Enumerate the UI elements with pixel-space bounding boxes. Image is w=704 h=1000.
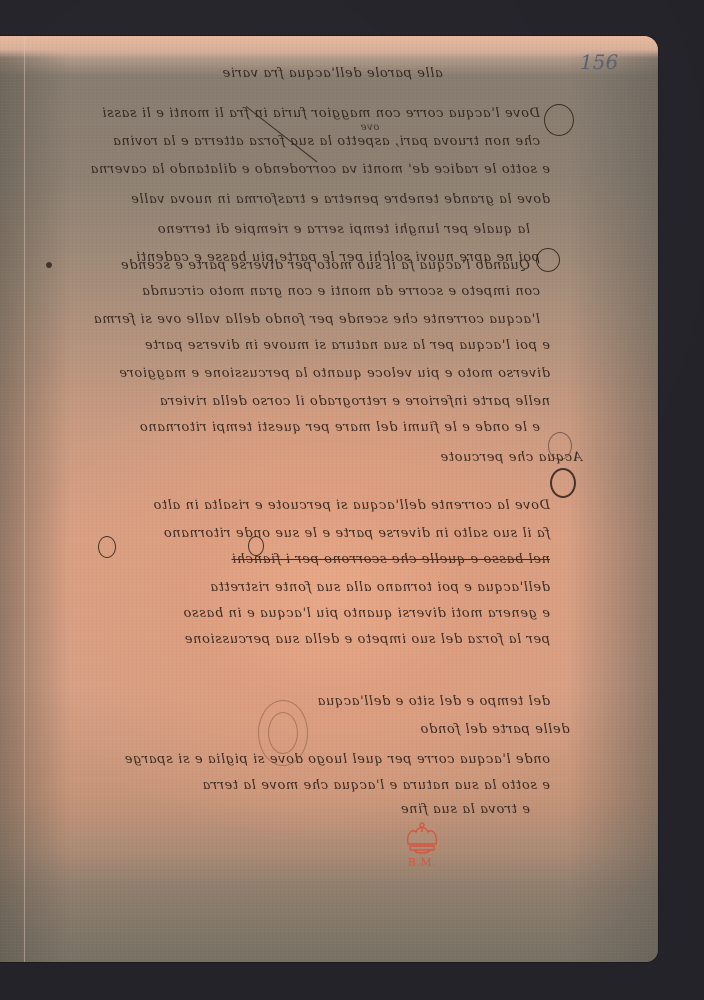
text-line: Acqua che percuote bbox=[440, 450, 582, 465]
inline-circle bbox=[98, 536, 116, 558]
text-line: e sotto la sua natura e l'acqua che move… bbox=[130, 778, 550, 793]
text-line: fa il suo salto in diverse parte e le su… bbox=[40, 526, 550, 541]
text-line: nel basso e quelle che scorrono per i fi… bbox=[40, 552, 550, 567]
folio-number: 156 bbox=[580, 50, 618, 74]
manuscript-page: 156 alle parole dell'acqua fra varie Dov… bbox=[0, 36, 658, 962]
text-line: e le onde e le fiumi del mare per questi… bbox=[40, 420, 540, 435]
crown-icon bbox=[402, 820, 442, 856]
text-line: che non truova pari, aspetto la sua forz… bbox=[80, 134, 540, 149]
faint-lens-sketch bbox=[258, 700, 308, 766]
text-line: nelle parte inferiore e retrogrado il co… bbox=[40, 394, 550, 409]
text-line: Dove la corrente dell'acqua si percuote … bbox=[130, 498, 550, 513]
text-line: Dove l'acqua corre con maggior furia in … bbox=[100, 106, 540, 121]
text-line: l'acqua corrente che scende per fondo de… bbox=[40, 312, 540, 327]
text-line: dove la grande tenebre penetra e trasfor… bbox=[30, 192, 550, 207]
text-line: delle parte del fondo bbox=[420, 722, 570, 737]
binding-fold-line bbox=[24, 36, 25, 962]
text-line: e sotto le radice de' monti va corrodend… bbox=[70, 162, 550, 177]
text-line: e genera moti diversi quanto piu l'acqua… bbox=[60, 606, 550, 621]
faint-lens-sketch-inner bbox=[268, 712, 298, 754]
page-top-edge bbox=[0, 36, 658, 58]
text-line: e trova la sua fine bbox=[160, 802, 530, 817]
ink-blot bbox=[46, 262, 52, 268]
paragraph-marker-circle bbox=[536, 248, 560, 272]
text-line: poi ne apre nuovi solchi per le parte pi… bbox=[60, 250, 540, 265]
text-line: e poi l'acqua per la sua natura si muove… bbox=[40, 338, 550, 353]
text-line: dell'acqua e poi tornano alla sua fonte … bbox=[60, 580, 550, 595]
text-line: la quale per lunghi tempi serra e riempi… bbox=[70, 222, 530, 237]
strike-stroke bbox=[246, 106, 318, 162]
paragraph-marker-circle bbox=[550, 468, 576, 498]
text-line: del tempo e del sito e dell'acqua bbox=[230, 694, 550, 709]
text-line: per la forza del suo impeto e della sua … bbox=[40, 632, 550, 647]
text-line: Quando l'acqua fa il suo moto per divers… bbox=[170, 258, 530, 273]
text-line: onde l'acqua corre per quel luogo dove s… bbox=[160, 752, 550, 767]
text-line: diverso moto e piu veloce quanto la perc… bbox=[40, 366, 550, 381]
inline-circle bbox=[248, 536, 264, 556]
paragraph-marker-circle bbox=[548, 432, 572, 460]
text-line: con impeto e scorre da monti e con gran … bbox=[60, 284, 540, 299]
stamp-label: B.M. bbox=[398, 856, 446, 869]
interlinear-note: ove bbox=[360, 122, 379, 133]
library-stamp: B.M. bbox=[398, 820, 446, 876]
heading-line: alle parole dell'acqua fra varie bbox=[222, 66, 443, 81]
paragraph-marker-circle bbox=[544, 104, 574, 136]
